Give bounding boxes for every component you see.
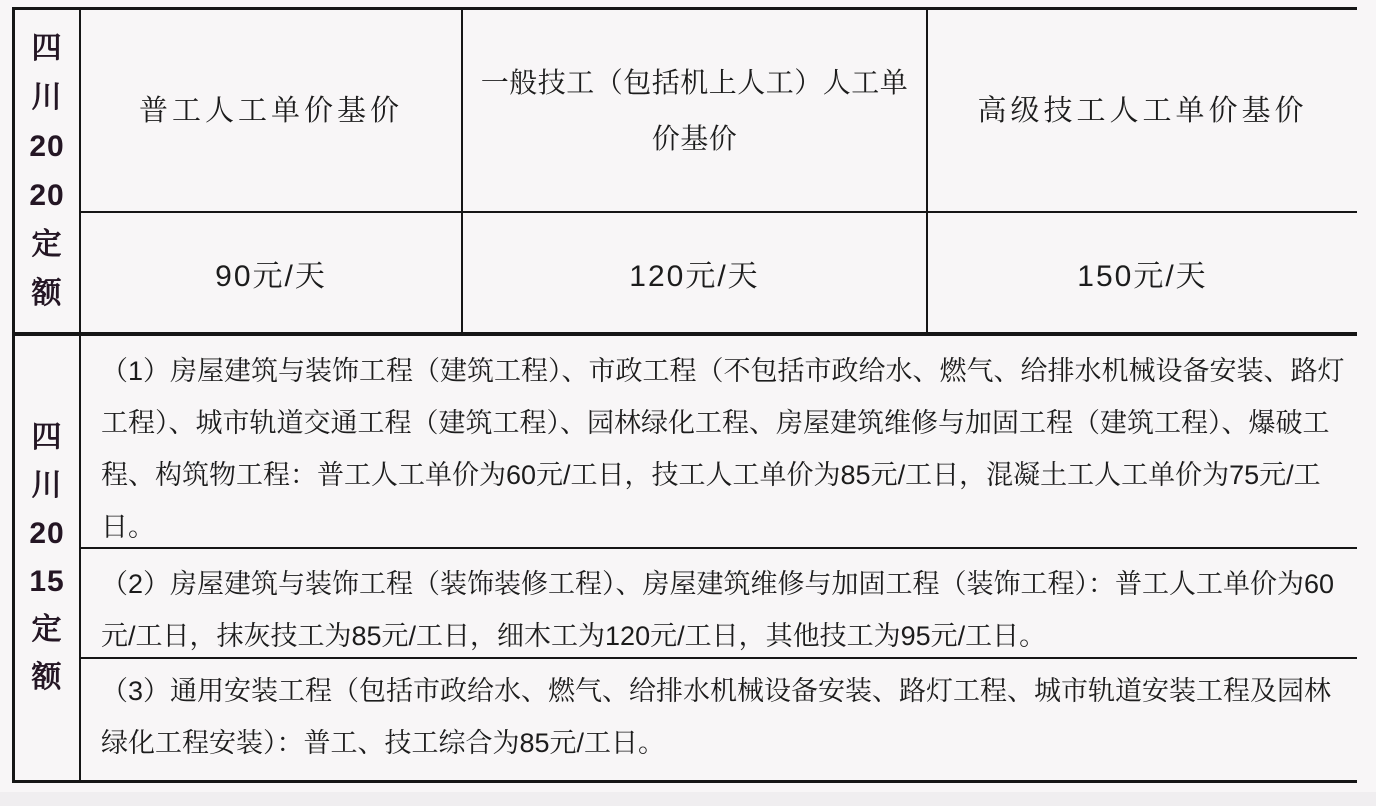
label-char: 20 <box>29 181 64 211</box>
row-label-2020-quota: 四 川 20 20 定 额 <box>15 10 81 332</box>
page-bottom-strip <box>0 792 1376 806</box>
label-char: 定 <box>32 615 63 645</box>
labor-price-table: 四 川 20 20 定 额 普工人工单价基价 一般技工（包括机上人工）人工单价基… <box>12 7 1357 783</box>
note-decoration-renovation-works: （2）房屋建筑与装饰工程（装饰装修工程）、房屋建筑维修与加固工程（装饰工程）：普… <box>81 549 1357 659</box>
value-ordinary-worker-price: 90元/天 <box>81 213 463 332</box>
label-char: 额 <box>32 663 63 693</box>
row-label-2015-quota: 四 川 20 15 定 额 <box>15 336 81 780</box>
col-header-ordinary-worker: 普工人工单价基价 <box>81 10 463 213</box>
col-header-senior-technician: 高级技工人工单价基价 <box>928 10 1357 213</box>
label-char: 四 <box>32 34 63 64</box>
value-general-technician-price: 120元/天 <box>463 213 928 332</box>
section-2015-quota: 四 川 20 15 定 额 （1）房屋建筑与装饰工程（建筑工程）、市政工程（不包… <box>15 332 1357 780</box>
note-general-installation-works: （3）通用安装工程（包括市政给水、燃气、给排水机械设备安装、路灯工程、城市轨道安… <box>81 659 1357 780</box>
page: 四 川 20 20 定 额 普工人工单价基价 一般技工（包括机上人工）人工单价基… <box>0 0 1376 806</box>
note-building-decoration-works: （1）房屋建筑与装饰工程（建筑工程）、市政工程（不包括市政给水、燃气、给排水机械… <box>81 336 1357 549</box>
section-2020-quota: 四 川 20 20 定 额 普工人工单价基价 一般技工（包括机上人工）人工单价基… <box>15 10 1357 332</box>
label-char: 20 <box>29 132 64 162</box>
label-char: 20 <box>29 519 64 549</box>
label-char: 四 <box>32 423 63 453</box>
label-char: 15 <box>29 567 64 597</box>
col-header-general-technician: 一般技工（包括机上人工）人工单价基价 <box>463 10 928 213</box>
value-senior-technician-price: 150元/天 <box>928 213 1357 332</box>
label-char: 川 <box>32 83 63 113</box>
label-char: 定 <box>32 230 63 260</box>
label-char: 额 <box>32 279 63 309</box>
label-char: 川 <box>32 471 63 501</box>
